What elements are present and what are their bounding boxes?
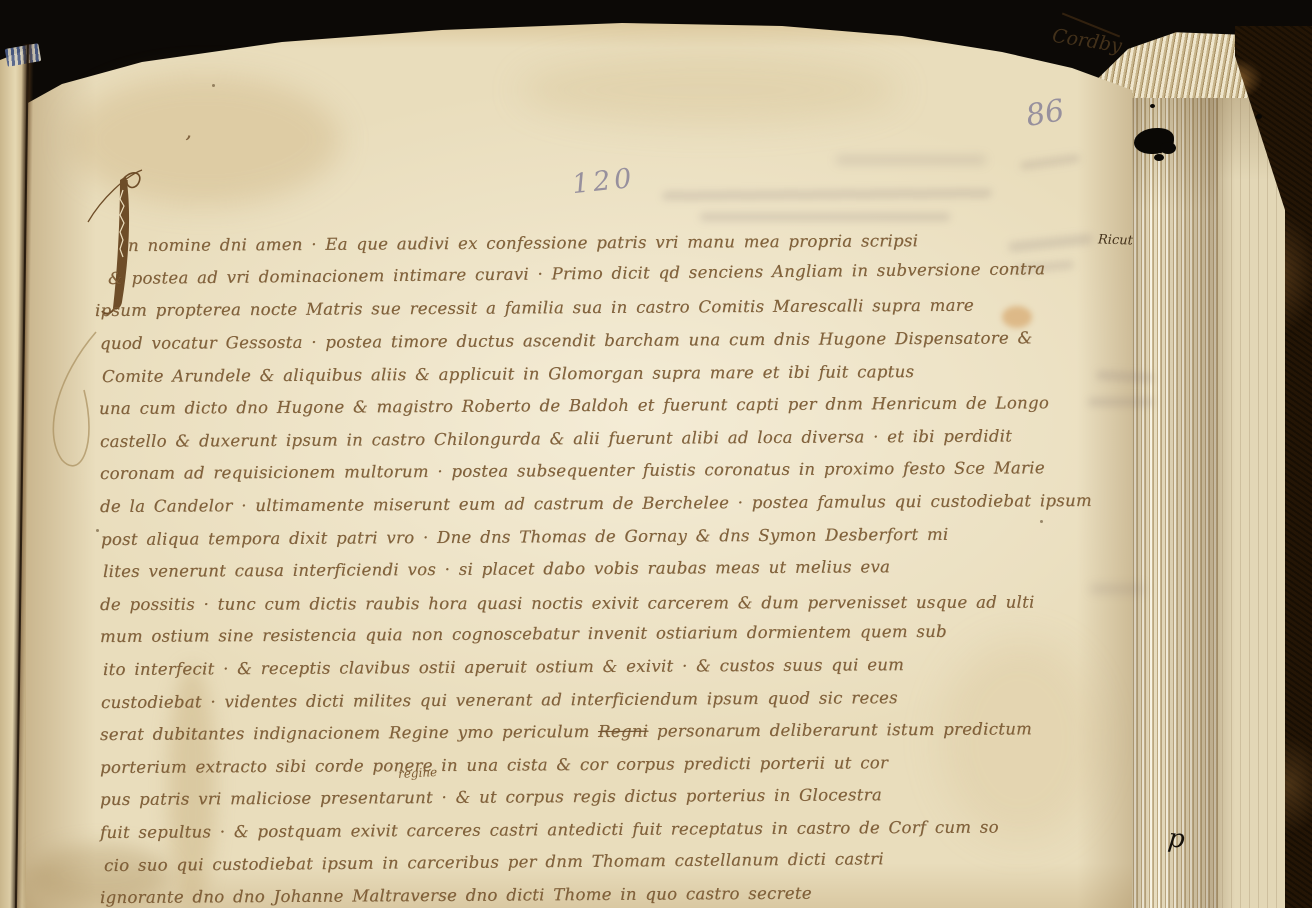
pen-flourish	[40, 328, 104, 478]
ink-blot	[1160, 142, 1176, 154]
manuscript-photo: I ’ Cordby 86 120 Ricut p n nomine dni a…	[0, 0, 1312, 908]
page-number-pencil: 120	[571, 163, 637, 200]
line-segment: serat dubitantes indignacionem Regine ym…	[100, 722, 598, 744]
manuscript-line: de possitis · tunc cum dictis raubis hor…	[100, 593, 1035, 614]
margin-note: Ricut	[1098, 232, 1133, 248]
header-inscription: Cordby	[1051, 25, 1124, 58]
interlinear-addition: regine	[398, 765, 438, 781]
struck-word: Regni	[598, 722, 648, 741]
line-segment: personarum deliberarunt istum predictum	[648, 719, 1032, 740]
initial-letter: I	[84, 200, 108, 270]
outer-pages-edge	[1213, 90, 1287, 908]
ink-speck	[1150, 104, 1155, 108]
ink-speck	[1256, 114, 1262, 119]
folio-number-pencil: 86	[1023, 93, 1067, 134]
fore-edge-pages	[1126, 82, 1218, 908]
fore-edge-pen-mark: p	[1166, 823, 1186, 855]
ink-blot	[1154, 154, 1164, 161]
